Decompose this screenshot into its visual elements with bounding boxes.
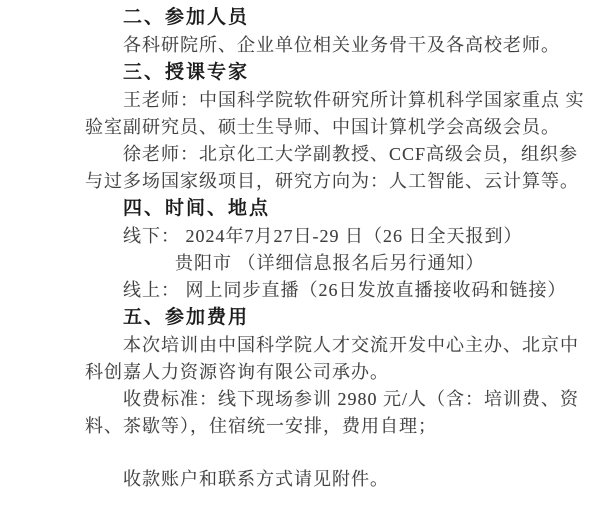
heading-section-3-lecturers: 三、授课专家 <box>85 59 575 87</box>
text-fee-standard-line-1: 收费标准：线下现场参训 2980 元/人（含：培训费、资 <box>85 386 575 413</box>
text-organizer-line-1: 本次培训由中国科学院人才交流开发中心主办、北京中 <box>85 332 575 359</box>
text-online-live: 线上： 网上同步直播（26日发放直播接收码和链接） <box>85 277 575 304</box>
text-location: 贵阳市 （详细信息报名后另行通知） <box>85 250 575 277</box>
heading-section-4-time-place: 四、时间、地点 <box>85 195 575 223</box>
text-offline-date: 线下： 2024年7月27日-29 日（26 日全天报到） <box>85 223 575 250</box>
text-lecturer-xu-line-2: 与过多场国家级项目，研究方向为：人工智能、云计算等。 <box>85 168 575 195</box>
text-payment-account-note: 收款账户和联系方式请见附件。 <box>85 466 575 493</box>
text-fee-standard-line-2: 料、茶歇等），住宿统一安排，费用自理； <box>85 413 575 440</box>
text-organizer-line-2: 科创嘉人力资源咨询有限公司承办。 <box>85 359 575 386</box>
heading-section-5-fees: 五、参加费用 <box>85 304 575 332</box>
document-page: 二、参加人员 各科研院所、企业单位相关业务骨干及各高校老师。 三、授课专家 王老… <box>0 0 600 506</box>
text-lecturer-wang-line-1: 王老师：中国科学院软件研究所计算机科学国家重点 实 <box>85 87 575 114</box>
text-lecturer-wang-line-2: 验室副研究员、硕士生导师、中国计算机学会高级会员。 <box>85 114 575 141</box>
heading-section-2-participants: 二、参加人员 <box>85 4 575 32</box>
text-lecturer-xu-line-1: 徐老师：北京化工大学副教授、CCF高级会员，组织参 <box>85 141 575 168</box>
text-participants: 各科研院所、企业单位相关业务骨干及各高校老师。 <box>85 32 575 59</box>
document-text-block: 二、参加人员 各科研院所、企业单位相关业务骨干及各高校老师。 三、授课专家 王老… <box>85 4 575 493</box>
blank-gap <box>85 440 575 466</box>
